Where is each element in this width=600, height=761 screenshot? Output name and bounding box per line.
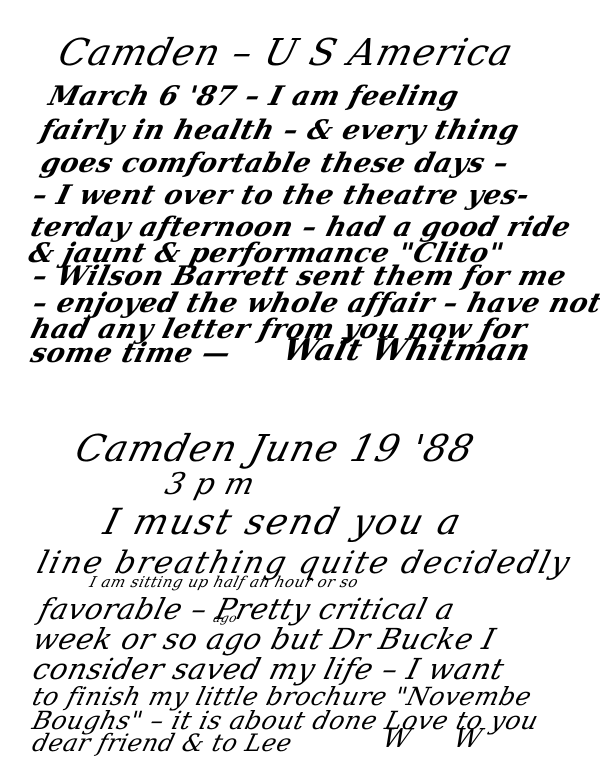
letter-1-line: terday afternoon – had a good ride <box>28 214 574 241</box>
letter-1-line: March 6 '87 – I am feeling <box>46 83 462 110</box>
letter-2-heading: Camden June 19 '88 <box>72 430 478 467</box>
letter-1-signature: Walt Whitman <box>280 336 533 366</box>
letter-1-line: fairly in health – & every thing <box>38 117 522 144</box>
letter-2-insertion: I am sitting up half an hour or so <box>88 575 360 590</box>
letter-2-line: week or so ago but Dr Bucke I <box>30 625 498 654</box>
letter-1-line: – Wilson Barrett sent them for me <box>30 263 569 290</box>
letter-2-line: I must send you a <box>100 505 466 541</box>
document-page: Camden – U S America March 6 '87 – I am … <box>0 0 600 761</box>
letter-2-time: 3 p m <box>162 470 258 500</box>
letter-2-line: dear friend & to Lee <box>30 731 295 755</box>
letter-2-signature: W W <box>380 726 502 752</box>
letter-1-line: some time — <box>28 340 233 367</box>
letter-1-line: goes comfortable these days – <box>38 150 512 177</box>
letter-2-line: consider saved my life – I want <box>30 655 507 684</box>
letter-1-heading: Camden – U S America <box>55 34 517 71</box>
letter-1-line: – I went over to the theatre yes- <box>30 182 532 209</box>
letter-1-line: – enjoyed the whole affair – have not <box>30 290 600 317</box>
letter-2-line: favorable – Pretty critical a <box>36 595 458 624</box>
